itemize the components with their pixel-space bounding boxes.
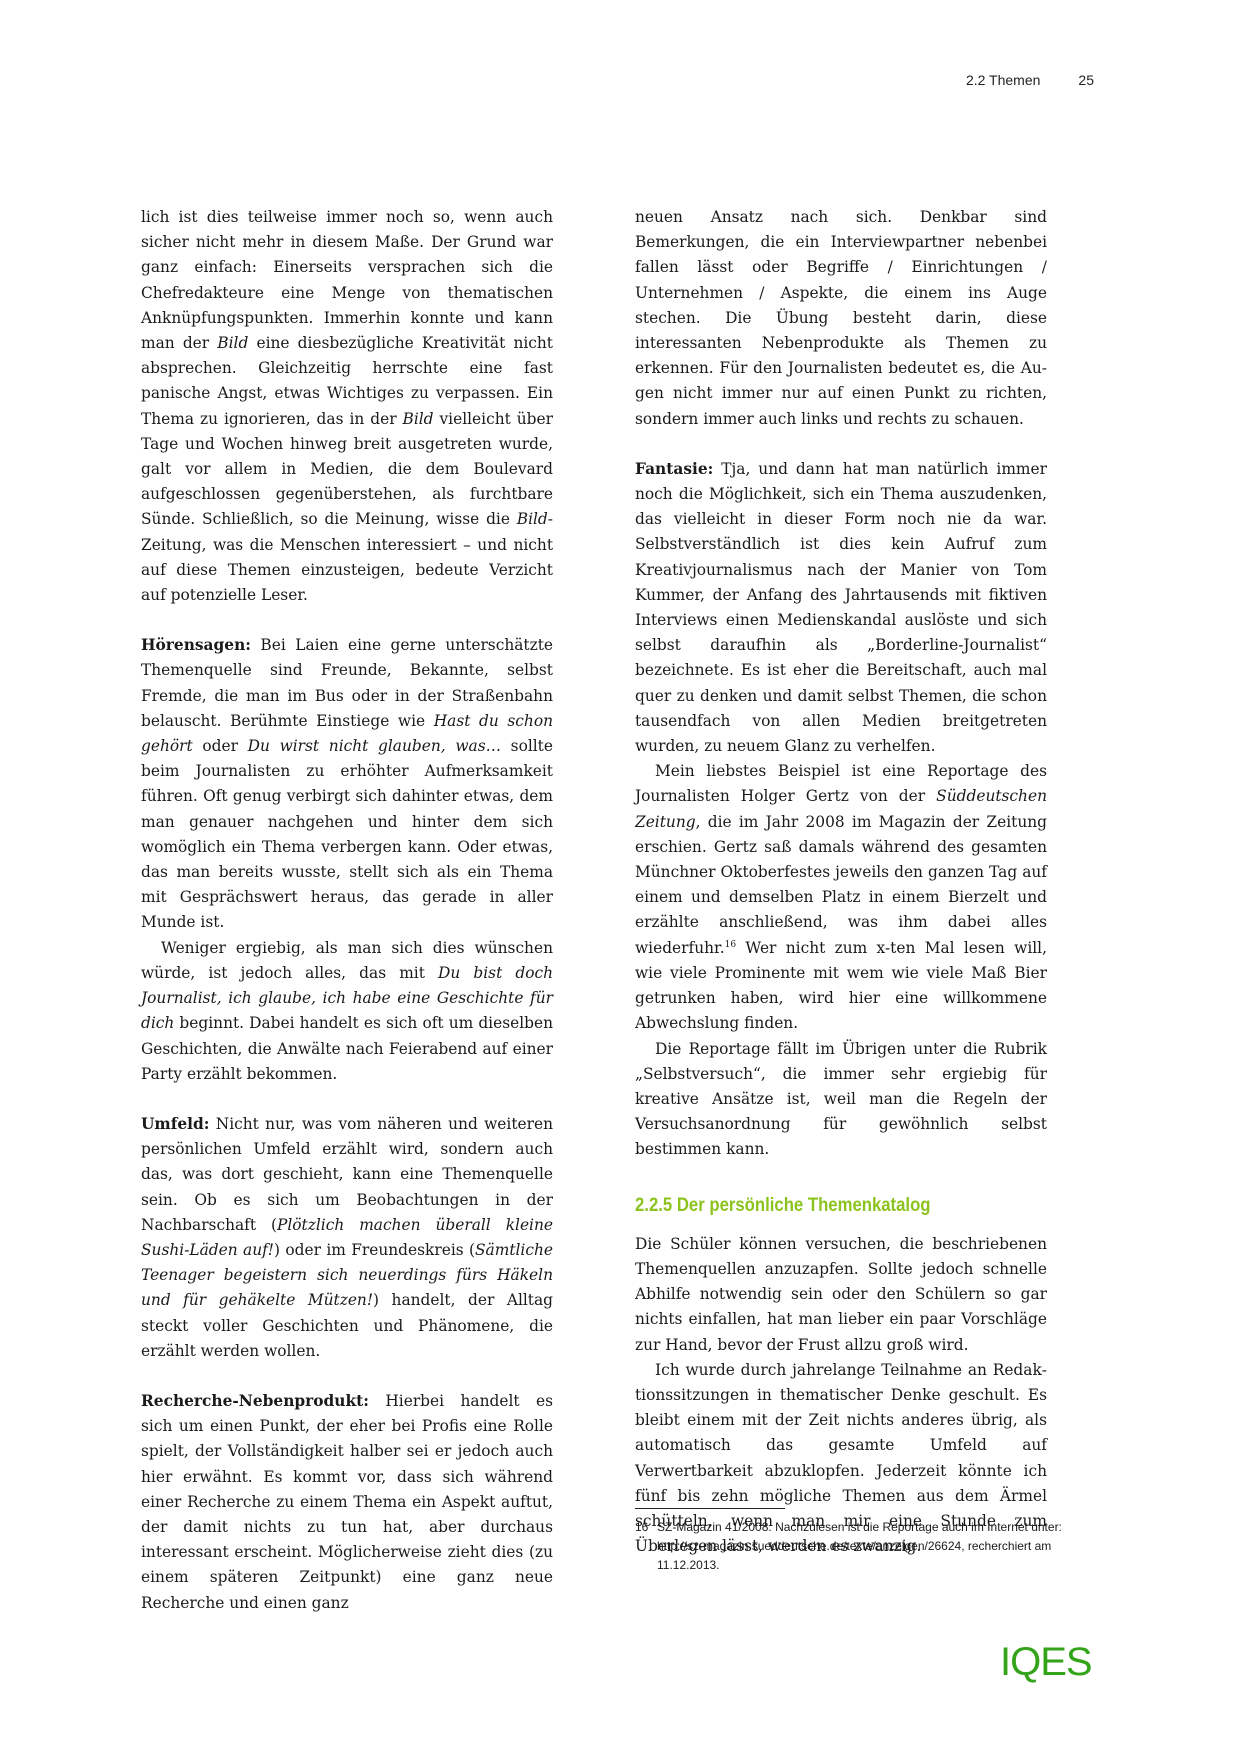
page-number: 25 [1078, 72, 1094, 88]
paragraph-reportage: Die Reportage fällt im Übrigen unter die… [635, 1037, 1047, 1163]
paragraph-hoerensagen: Hörensagen: Bei Laien eine gerne untersc… [141, 633, 553, 935]
paragraph-umfeld: Umfeld: Nicht nur, was vom näheren und w… [141, 1112, 553, 1364]
paragraph-bild: lich ist dies teilweise immer noch so, w… [141, 205, 553, 608]
footnote-number: 16 [635, 1518, 657, 1575]
running-header: 2.2 Themen 25 [966, 72, 1094, 88]
footnote-text: SZ-Magazin 41/2008. Nachzulesen ist die … [657, 1518, 1075, 1575]
paragraph-recherche-cont: neuen Ansatz nach sich. Denkbar sind Bem… [635, 205, 1047, 432]
iqes-logo: IQES [1000, 1640, 1092, 1685]
footnote: 16 SZ-Magazin 41/2008. Nachzulesen ist d… [635, 1518, 1075, 1575]
paragraph-beispiel: Mein liebstes Beispiel ist eine Reportag… [635, 759, 1047, 1036]
section-heading: 2.2.5 Der persönliche Themenkatalog [635, 1193, 998, 1218]
section-title: 2.2 Themen [966, 72, 1040, 88]
paragraph-recherche: Recherche-Nebenprodukt: Hierbei handelt … [141, 1389, 553, 1616]
right-column: neuen Ansatz nach sich. Denkbar sind Bem… [635, 205, 1047, 1559]
paragraph-weniger: Weniger ergiebig, als man sich dies wüns… [141, 936, 553, 1087]
left-column: lich ist dies teilweise immer noch so, w… [141, 205, 553, 1616]
paragraph-schueler: Die Schüler können versuchen, die beschr… [635, 1232, 1047, 1358]
footnote-divider [635, 1508, 785, 1509]
footnote-ref[interactable]: 16 [725, 940, 736, 950]
paragraph-fantasie: Fantasie: Tja, und dann hat man natürlic… [635, 457, 1047, 759]
